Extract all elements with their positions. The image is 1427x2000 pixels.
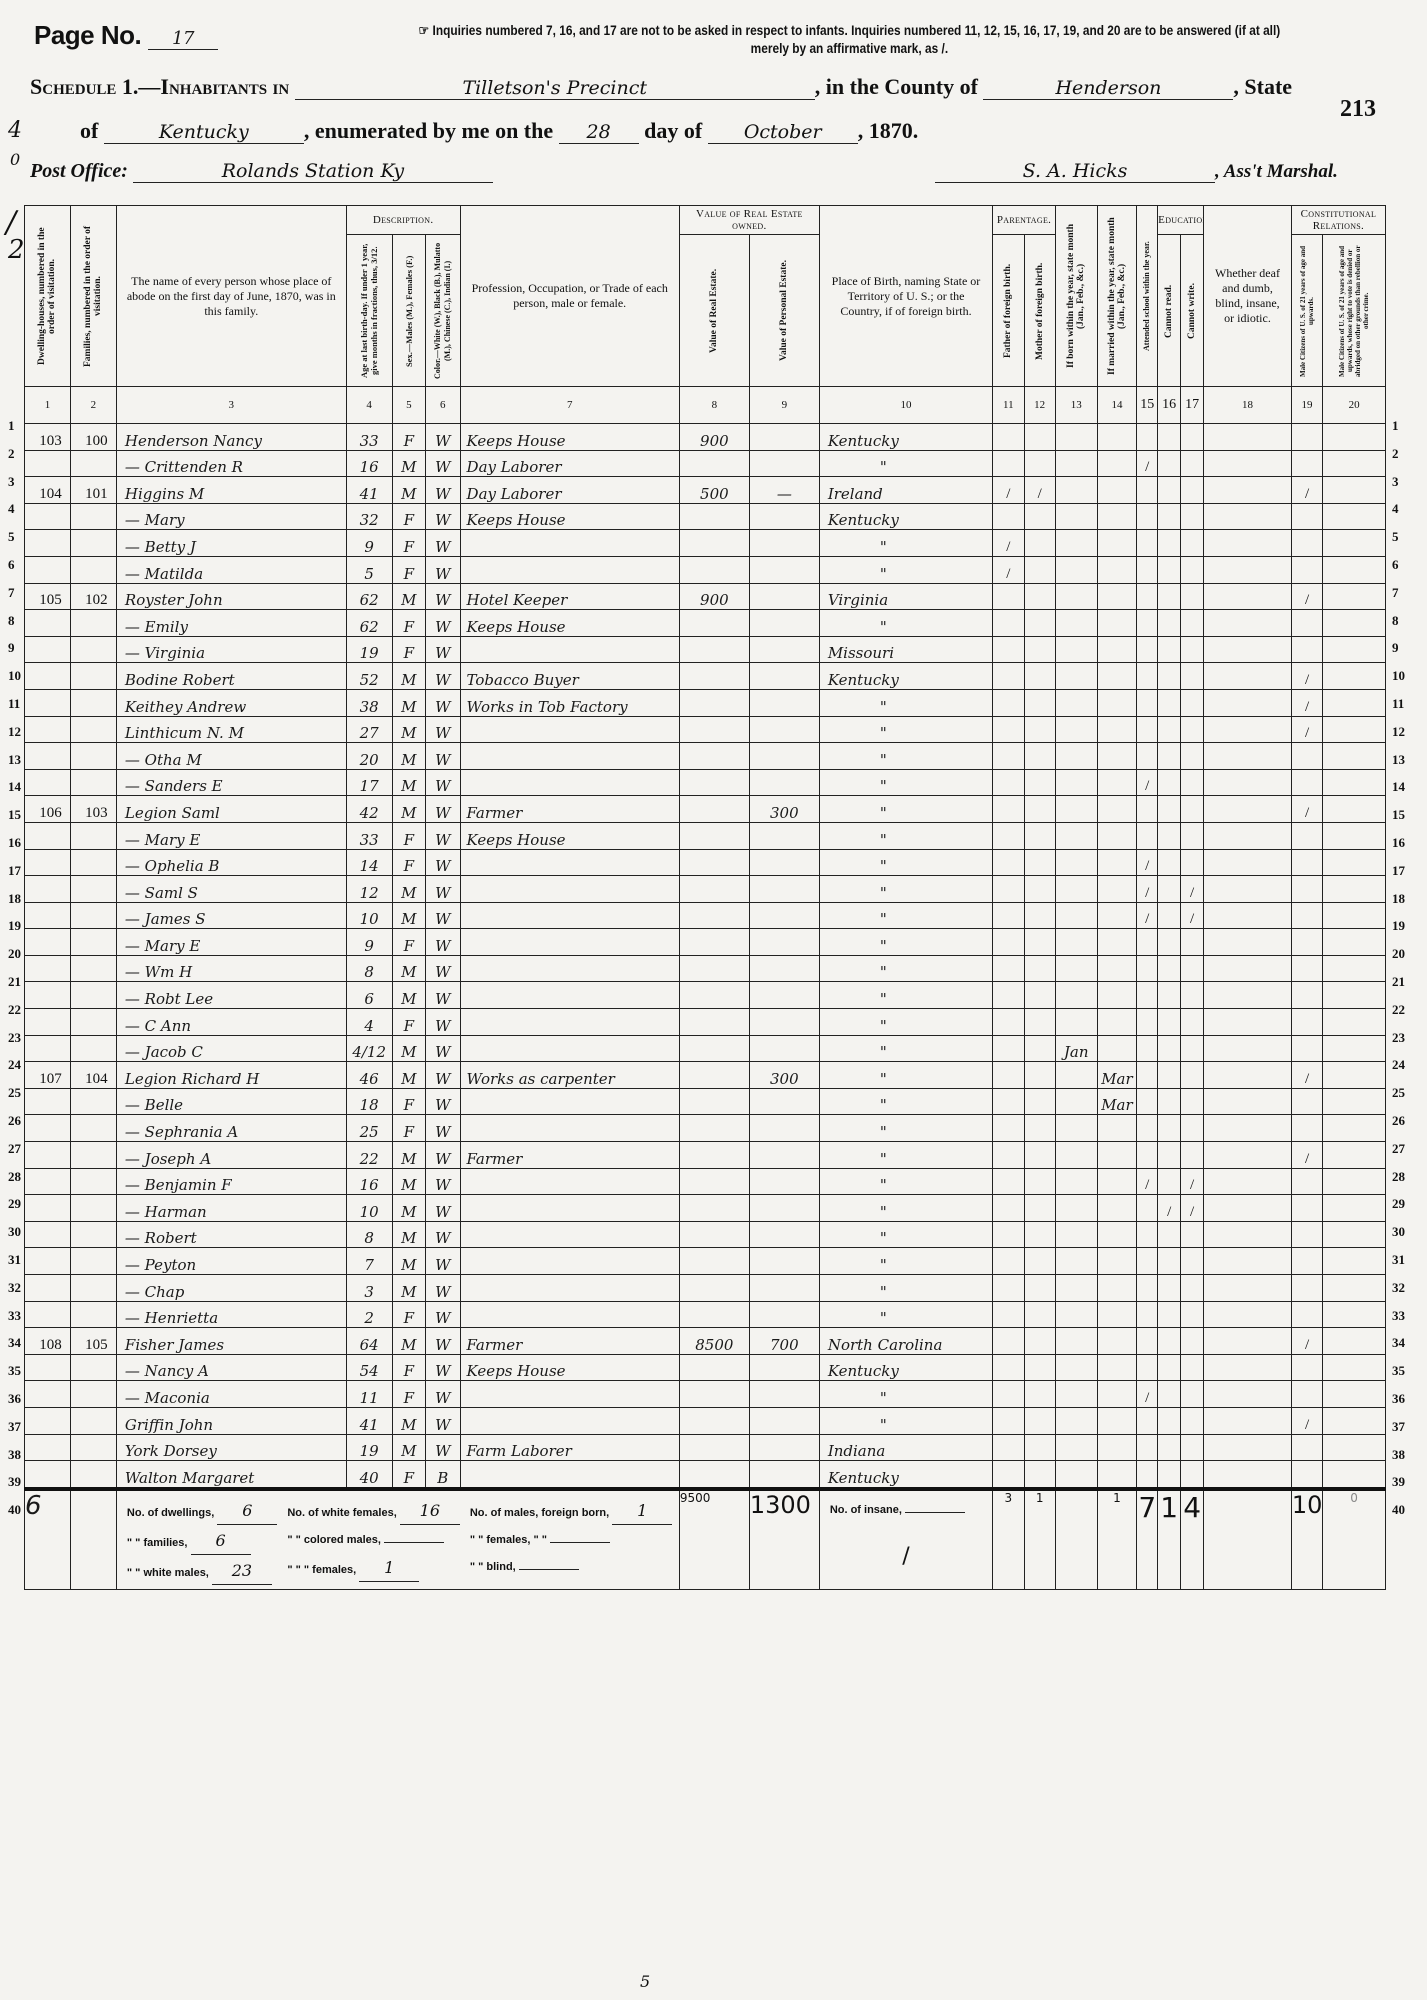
cannot-read-mark bbox=[1158, 1168, 1181, 1195]
dwelling-number bbox=[25, 1275, 71, 1302]
col-color-header: Color.—White (W.), Black (B.), Mulatto (… bbox=[426, 235, 460, 387]
totals-row: 6 No. of dwellings, 6 " " families, 6 " … bbox=[25, 1489, 1386, 1590]
infirmity bbox=[1204, 1168, 1292, 1195]
cannot-read-total: 1 bbox=[1158, 1489, 1181, 1590]
mother-foreign-mark bbox=[1024, 503, 1055, 530]
cannot-read-mark bbox=[1158, 1248, 1181, 1275]
sex: F bbox=[392, 556, 425, 583]
person-name: — Otha M bbox=[116, 743, 346, 770]
personal-estate-value bbox=[749, 503, 819, 530]
father-foreign-mark bbox=[993, 610, 1024, 637]
denied-mark bbox=[1323, 530, 1386, 557]
school-mark bbox=[1137, 822, 1158, 849]
table-row: — Sanders E17MW"/ bbox=[25, 769, 1386, 796]
col-number: 5 bbox=[392, 387, 425, 424]
sex: M bbox=[392, 689, 425, 716]
occupation: Works in Tob Factory bbox=[460, 689, 679, 716]
cannot-read-mark bbox=[1158, 929, 1181, 956]
married-month bbox=[1097, 849, 1137, 876]
person-name: — Nancy A bbox=[116, 1354, 346, 1381]
cannot-read-mark bbox=[1158, 477, 1181, 504]
birthplace: " bbox=[819, 610, 992, 637]
table-row: — Emily62FWKeeps House" bbox=[25, 610, 1386, 637]
school-mark bbox=[1137, 716, 1158, 743]
dwelling-number bbox=[25, 636, 71, 663]
school-mark bbox=[1137, 556, 1158, 583]
real-estate-value bbox=[679, 1035, 749, 1062]
line-number: 5 bbox=[1392, 529, 1399, 545]
marshal-name-field: S. A. Hicks bbox=[935, 160, 1215, 183]
line-number: 26 bbox=[8, 1113, 21, 1129]
line-number: 25 bbox=[8, 1085, 21, 1101]
line-number: 15 bbox=[8, 807, 21, 823]
real-estate-value bbox=[679, 1009, 749, 1036]
real-estate-value bbox=[679, 1275, 749, 1302]
cannot-write-mark bbox=[1181, 1434, 1204, 1461]
col-number: 16 bbox=[1158, 387, 1181, 424]
school-mark bbox=[1137, 1301, 1158, 1328]
born-month bbox=[1055, 1221, 1097, 1248]
sex: M bbox=[392, 663, 425, 690]
sex: M bbox=[392, 796, 425, 823]
father-foreign-mark bbox=[993, 450, 1024, 477]
table-row: — Matilda5FW"/ bbox=[25, 556, 1386, 583]
school-mark bbox=[1137, 583, 1158, 610]
denied-mark bbox=[1323, 1381, 1386, 1408]
father-foreign-mark bbox=[993, 982, 1024, 1009]
school-mark bbox=[1137, 424, 1158, 451]
married-month bbox=[1097, 583, 1137, 610]
citizen-mark bbox=[1291, 1195, 1322, 1222]
line-number: 8 bbox=[8, 613, 15, 629]
personal-estate-value bbox=[749, 636, 819, 663]
color: W bbox=[426, 1088, 460, 1115]
mother-foreign-mark bbox=[1024, 1221, 1055, 1248]
line-number: 12 bbox=[1392, 724, 1405, 740]
citizen-mark bbox=[1291, 1009, 1322, 1036]
married-month bbox=[1097, 1275, 1137, 1302]
citizen-mark bbox=[1291, 1381, 1322, 1408]
col-born-month-header: If born within the year, state month (Ja… bbox=[1055, 206, 1097, 387]
real-estate-value bbox=[679, 743, 749, 770]
table-row: Walton Margaret40FBKentucky bbox=[25, 1461, 1386, 1489]
dwelling-number bbox=[25, 503, 71, 530]
born-month bbox=[1055, 1461, 1097, 1489]
family-number bbox=[70, 1248, 116, 1275]
age: 12 bbox=[346, 876, 392, 903]
line-number: 25 bbox=[1392, 1085, 1405, 1101]
denied-mark bbox=[1323, 849, 1386, 876]
citizen-mark bbox=[1291, 610, 1322, 637]
person-name: — Matilda bbox=[116, 556, 346, 583]
denied-mark bbox=[1323, 1035, 1386, 1062]
table-row: 103100Henderson Nancy33FWKeeps House900K… bbox=[25, 424, 1386, 451]
cannot-write-mark bbox=[1181, 1035, 1204, 1062]
dwelling-number: 107 bbox=[25, 1062, 71, 1089]
denied-mark bbox=[1323, 450, 1386, 477]
father-foreign-mark bbox=[993, 849, 1024, 876]
cannot-write-mark bbox=[1181, 1275, 1204, 1302]
cannot-write-mark bbox=[1181, 1062, 1204, 1089]
denied-mark bbox=[1323, 689, 1386, 716]
line-number: 36 bbox=[8, 1391, 21, 1407]
personal-estate-value bbox=[749, 955, 819, 982]
mother-foreign-mark bbox=[1024, 1088, 1055, 1115]
family-number: 101 bbox=[70, 477, 116, 504]
mother-foreign-mark bbox=[1024, 1195, 1055, 1222]
sex: M bbox=[392, 1221, 425, 1248]
birthplace: " bbox=[819, 689, 992, 716]
denied-mark bbox=[1323, 610, 1386, 637]
birthplace: " bbox=[819, 1142, 992, 1169]
birthplace: Kentucky bbox=[819, 1354, 992, 1381]
color: W bbox=[426, 822, 460, 849]
cannot-write-mark bbox=[1181, 450, 1204, 477]
personal-estate-value bbox=[749, 743, 819, 770]
father-foreign-mark bbox=[993, 1115, 1024, 1142]
cannot-read-mark bbox=[1158, 716, 1181, 743]
infirmity bbox=[1204, 1434, 1292, 1461]
col-family-header: Families, numbered in the order of visit… bbox=[70, 206, 116, 387]
person-name: — Maconia bbox=[116, 1381, 346, 1408]
denied-mark bbox=[1323, 1248, 1386, 1275]
mother-foreign-mark bbox=[1024, 1142, 1055, 1169]
dwelling-number bbox=[25, 1009, 71, 1036]
real-estate-value bbox=[679, 929, 749, 956]
father-foreign-mark bbox=[993, 796, 1024, 823]
table-row: Griffin John41MW"/ bbox=[25, 1407, 1386, 1434]
table-row: Keithey Andrew38MWWorks in Tob Factory"/ bbox=[25, 689, 1386, 716]
age: 7 bbox=[346, 1248, 392, 1275]
real-estate-value bbox=[679, 1115, 749, 1142]
dwelling-number bbox=[25, 743, 71, 770]
line-number: 30 bbox=[8, 1224, 21, 1240]
denied-mark bbox=[1323, 1009, 1386, 1036]
mother-foreign-mark bbox=[1024, 1381, 1055, 1408]
line-number: 2 bbox=[8, 446, 15, 462]
citizen-mark: / bbox=[1291, 689, 1322, 716]
family-number bbox=[70, 902, 116, 929]
father-foreign-mark bbox=[993, 1088, 1024, 1115]
infirmity bbox=[1204, 1461, 1292, 1489]
color: W bbox=[426, 1168, 460, 1195]
sex: M bbox=[392, 955, 425, 982]
dwelling-number bbox=[25, 876, 71, 903]
denied-mark bbox=[1323, 716, 1386, 743]
table-row: — Henrietta2FW" bbox=[25, 1301, 1386, 1328]
born-total bbox=[1055, 1489, 1097, 1590]
post-office-field: Rolands Station Ky bbox=[133, 160, 493, 183]
stamp-number: 213 bbox=[1340, 96, 1376, 123]
color: W bbox=[426, 1301, 460, 1328]
cannot-read-mark bbox=[1158, 1035, 1181, 1062]
line-number: 11 bbox=[8, 696, 20, 712]
mother-foreign-mark bbox=[1024, 610, 1055, 637]
infirmity bbox=[1204, 1088, 1292, 1115]
instructions-notice: ☞ Inquiries numbered 7, 16, and 17 are n… bbox=[295, 22, 1404, 58]
color: W bbox=[426, 450, 460, 477]
citizen-mark: / bbox=[1291, 1328, 1322, 1355]
citizen-mark bbox=[1291, 1461, 1322, 1489]
dwelling-number bbox=[25, 1301, 71, 1328]
infirmity bbox=[1204, 716, 1292, 743]
citizen-mark bbox=[1291, 1221, 1322, 1248]
family-number bbox=[70, 1168, 116, 1195]
sex: F bbox=[392, 610, 425, 637]
age: 25 bbox=[346, 1115, 392, 1142]
age: 5 bbox=[346, 556, 392, 583]
age: 16 bbox=[346, 450, 392, 477]
dwelling-number bbox=[25, 1354, 71, 1381]
cannot-write-mark bbox=[1181, 503, 1204, 530]
married-month bbox=[1097, 663, 1137, 690]
cannot-read-mark bbox=[1158, 556, 1181, 583]
line-number: 20 bbox=[1392, 946, 1405, 962]
personal-estate-value bbox=[749, 583, 819, 610]
cannot-read-mark bbox=[1158, 1354, 1181, 1381]
sex: F bbox=[392, 1301, 425, 1328]
occupation bbox=[460, 1009, 679, 1036]
table-row: — Belle18FW"Mar bbox=[25, 1088, 1386, 1115]
personal-estate-value bbox=[749, 902, 819, 929]
sex: M bbox=[392, 1035, 425, 1062]
age: 62 bbox=[346, 610, 392, 637]
real-estate-value bbox=[679, 450, 749, 477]
infirmity bbox=[1204, 477, 1292, 504]
of-label: of bbox=[80, 118, 98, 143]
infirmity bbox=[1204, 636, 1292, 663]
line-number: 23 bbox=[1392, 1030, 1405, 1046]
dwelling-number bbox=[25, 530, 71, 557]
birthplace: Kentucky bbox=[819, 503, 992, 530]
married-month bbox=[1097, 929, 1137, 956]
married-month bbox=[1097, 955, 1137, 982]
occupation: Keeps House bbox=[460, 424, 679, 451]
line-number: 21 bbox=[8, 974, 21, 990]
married-month bbox=[1097, 1461, 1137, 1489]
family-number: 105 bbox=[70, 1328, 116, 1355]
sex: M bbox=[392, 583, 425, 610]
cannot-write-mark bbox=[1181, 1381, 1204, 1408]
married-month bbox=[1097, 610, 1137, 637]
infirmity bbox=[1204, 450, 1292, 477]
mother-foreign-mark bbox=[1024, 743, 1055, 770]
insane-label: No. of insane, bbox=[830, 1504, 902, 1516]
family-number bbox=[70, 1221, 116, 1248]
family-number: 102 bbox=[70, 583, 116, 610]
sex: F bbox=[392, 636, 425, 663]
line-number: 21 bbox=[1392, 974, 1405, 990]
married-month bbox=[1097, 1301, 1137, 1328]
color: W bbox=[426, 477, 460, 504]
sex: M bbox=[392, 982, 425, 1009]
line-number: 12 bbox=[8, 724, 21, 740]
born-month bbox=[1055, 796, 1097, 823]
sex: M bbox=[392, 1168, 425, 1195]
infirmity bbox=[1204, 849, 1292, 876]
cannot-read-mark bbox=[1158, 1328, 1181, 1355]
dwelling-number bbox=[25, 822, 71, 849]
real-estate-value: 500 bbox=[679, 477, 749, 504]
married-month bbox=[1097, 822, 1137, 849]
father-foreign-mark bbox=[993, 955, 1024, 982]
birthplace: " bbox=[819, 1035, 992, 1062]
line-number: 35 bbox=[8, 1363, 21, 1379]
cannot-read-mark bbox=[1158, 1115, 1181, 1142]
color: W bbox=[426, 1009, 460, 1036]
denied-total: 0 bbox=[1323, 1489, 1386, 1590]
dwelling-number bbox=[25, 1221, 71, 1248]
real-estate-value bbox=[679, 1381, 749, 1408]
schedule-label: Schedule 1.—Inhabitants in bbox=[30, 74, 289, 99]
sex: M bbox=[392, 902, 425, 929]
state-label: , State bbox=[1233, 74, 1292, 99]
mother-foreign-mark bbox=[1024, 689, 1055, 716]
col-cannot-read-header: Cannot read. bbox=[1158, 235, 1181, 387]
post-office-label: Post Office: bbox=[30, 160, 128, 182]
occupation bbox=[460, 1248, 679, 1275]
age: 22 bbox=[346, 1142, 392, 1169]
infirmity bbox=[1204, 689, 1292, 716]
denied-mark bbox=[1323, 663, 1386, 690]
table-row: — Benjamin F16MW"// bbox=[25, 1168, 1386, 1195]
line-number: 35 bbox=[1392, 1363, 1405, 1379]
age: 17 bbox=[346, 769, 392, 796]
citizen-mark bbox=[1291, 1168, 1322, 1195]
occupation: Keeps House bbox=[460, 1354, 679, 1381]
family-number bbox=[70, 1195, 116, 1222]
personal-estate-value bbox=[749, 876, 819, 903]
occupation bbox=[460, 1195, 679, 1222]
personal-estate-value bbox=[749, 1407, 819, 1434]
school-mark bbox=[1137, 1248, 1158, 1275]
occupation bbox=[460, 1407, 679, 1434]
col-mother-foreign-header: Mother of foreign birth. bbox=[1024, 235, 1055, 387]
age: 11 bbox=[346, 1381, 392, 1408]
personal-estate-value bbox=[749, 1248, 819, 1275]
birthplace: Kentucky bbox=[819, 663, 992, 690]
cannot-read-mark bbox=[1158, 902, 1181, 929]
citizen-mark bbox=[1291, 1301, 1322, 1328]
real-estate-value bbox=[679, 769, 749, 796]
person-name: — Chap bbox=[116, 1275, 346, 1302]
dwelling-number bbox=[25, 1168, 71, 1195]
sex: F bbox=[392, 530, 425, 557]
born-month bbox=[1055, 636, 1097, 663]
sex: F bbox=[392, 1381, 425, 1408]
line-number: 29 bbox=[1392, 1196, 1405, 1212]
age: 46 bbox=[346, 1062, 392, 1089]
occupation bbox=[460, 1381, 679, 1408]
real-estate-value bbox=[679, 663, 749, 690]
personal-estate-value bbox=[749, 982, 819, 1009]
color: W bbox=[426, 1381, 460, 1408]
cannot-write-mark bbox=[1181, 583, 1204, 610]
idiotic-mark: / bbox=[820, 1524, 992, 1569]
line-number: 6 bbox=[1392, 557, 1399, 573]
real-estate-value bbox=[679, 982, 749, 1009]
col-name-header: The name of every person whose place of … bbox=[116, 206, 346, 387]
married-month bbox=[1097, 1115, 1137, 1142]
family-number bbox=[70, 610, 116, 637]
married-month bbox=[1097, 1354, 1137, 1381]
citizen-mark bbox=[1291, 424, 1322, 451]
married-total: 1 bbox=[1097, 1489, 1137, 1590]
citizen-mark: / bbox=[1291, 1062, 1322, 1089]
foreign-males-label: No. of males, foreign born, bbox=[470, 1507, 609, 1519]
value-group-header: Value of Real Estate owned. bbox=[679, 206, 819, 235]
birthplace: " bbox=[819, 450, 992, 477]
married-month bbox=[1097, 1328, 1137, 1355]
married-month bbox=[1097, 743, 1137, 770]
line-number: 18 bbox=[8, 891, 21, 907]
dwelling-number bbox=[25, 849, 71, 876]
family-number bbox=[70, 876, 116, 903]
infirmity bbox=[1204, 1009, 1292, 1036]
family-number bbox=[70, 1301, 116, 1328]
occupation bbox=[460, 1275, 679, 1302]
personal-estate-value bbox=[749, 1354, 819, 1381]
denied-mark bbox=[1323, 583, 1386, 610]
person-name: — Belle bbox=[116, 1088, 346, 1115]
table-row: Linthicum N. M27MW"/ bbox=[25, 716, 1386, 743]
line-number: 31 bbox=[8, 1252, 21, 1268]
mother-foreign-mark bbox=[1024, 1407, 1055, 1434]
person-name: Linthicum N. M bbox=[116, 716, 346, 743]
born-month: Jan bbox=[1055, 1035, 1097, 1062]
cannot-read-mark bbox=[1158, 1275, 1181, 1302]
table-row: 105102Royster John62MWHotel Keeper900Vir… bbox=[25, 583, 1386, 610]
cannot-read-mark bbox=[1158, 1407, 1181, 1434]
occupation: Tobacco Buyer bbox=[460, 663, 679, 690]
school-mark bbox=[1137, 1221, 1158, 1248]
cannot-read-mark bbox=[1158, 1434, 1181, 1461]
pointing-hand-icon: ☞ bbox=[419, 23, 433, 38]
personal-estate-value bbox=[749, 1009, 819, 1036]
real-estate-value bbox=[679, 716, 749, 743]
father-foreign-mark bbox=[993, 1407, 1024, 1434]
mother-foreign-mark: / bbox=[1024, 477, 1055, 504]
table-row: — Joseph A22MWFarmer"/ bbox=[25, 1142, 1386, 1169]
born-month bbox=[1055, 769, 1097, 796]
birthplace: " bbox=[819, 1407, 992, 1434]
infirmity bbox=[1204, 424, 1292, 451]
born-month bbox=[1055, 955, 1097, 982]
col-real-estate-header: Value of Real Estate. bbox=[679, 235, 749, 387]
denied-mark bbox=[1323, 636, 1386, 663]
cannot-write-mark bbox=[1181, 1354, 1204, 1381]
family-number bbox=[70, 1381, 116, 1408]
infirmity bbox=[1204, 1328, 1292, 1355]
birthplace: " bbox=[819, 530, 992, 557]
line-number: 5 bbox=[8, 529, 15, 545]
infirmity bbox=[1204, 1035, 1292, 1062]
born-month bbox=[1055, 424, 1097, 451]
cannot-read-mark bbox=[1158, 1142, 1181, 1169]
person-name: — Peyton bbox=[116, 1248, 346, 1275]
denied-mark bbox=[1323, 1301, 1386, 1328]
married-month bbox=[1097, 424, 1137, 451]
born-month bbox=[1055, 689, 1097, 716]
citizen-mark bbox=[1291, 929, 1322, 956]
header-row-groups: Dwelling-houses, numbered in the order o… bbox=[25, 206, 1386, 235]
table-row: 107104Legion Richard H46MWWorks as carpe… bbox=[25, 1062, 1386, 1089]
denied-mark bbox=[1323, 929, 1386, 956]
footer-mark: 5 bbox=[640, 1972, 650, 1991]
cannot-write-mark bbox=[1181, 1461, 1204, 1489]
mother-foreign-mark bbox=[1024, 1062, 1055, 1089]
cannot-read-mark bbox=[1158, 1381, 1181, 1408]
